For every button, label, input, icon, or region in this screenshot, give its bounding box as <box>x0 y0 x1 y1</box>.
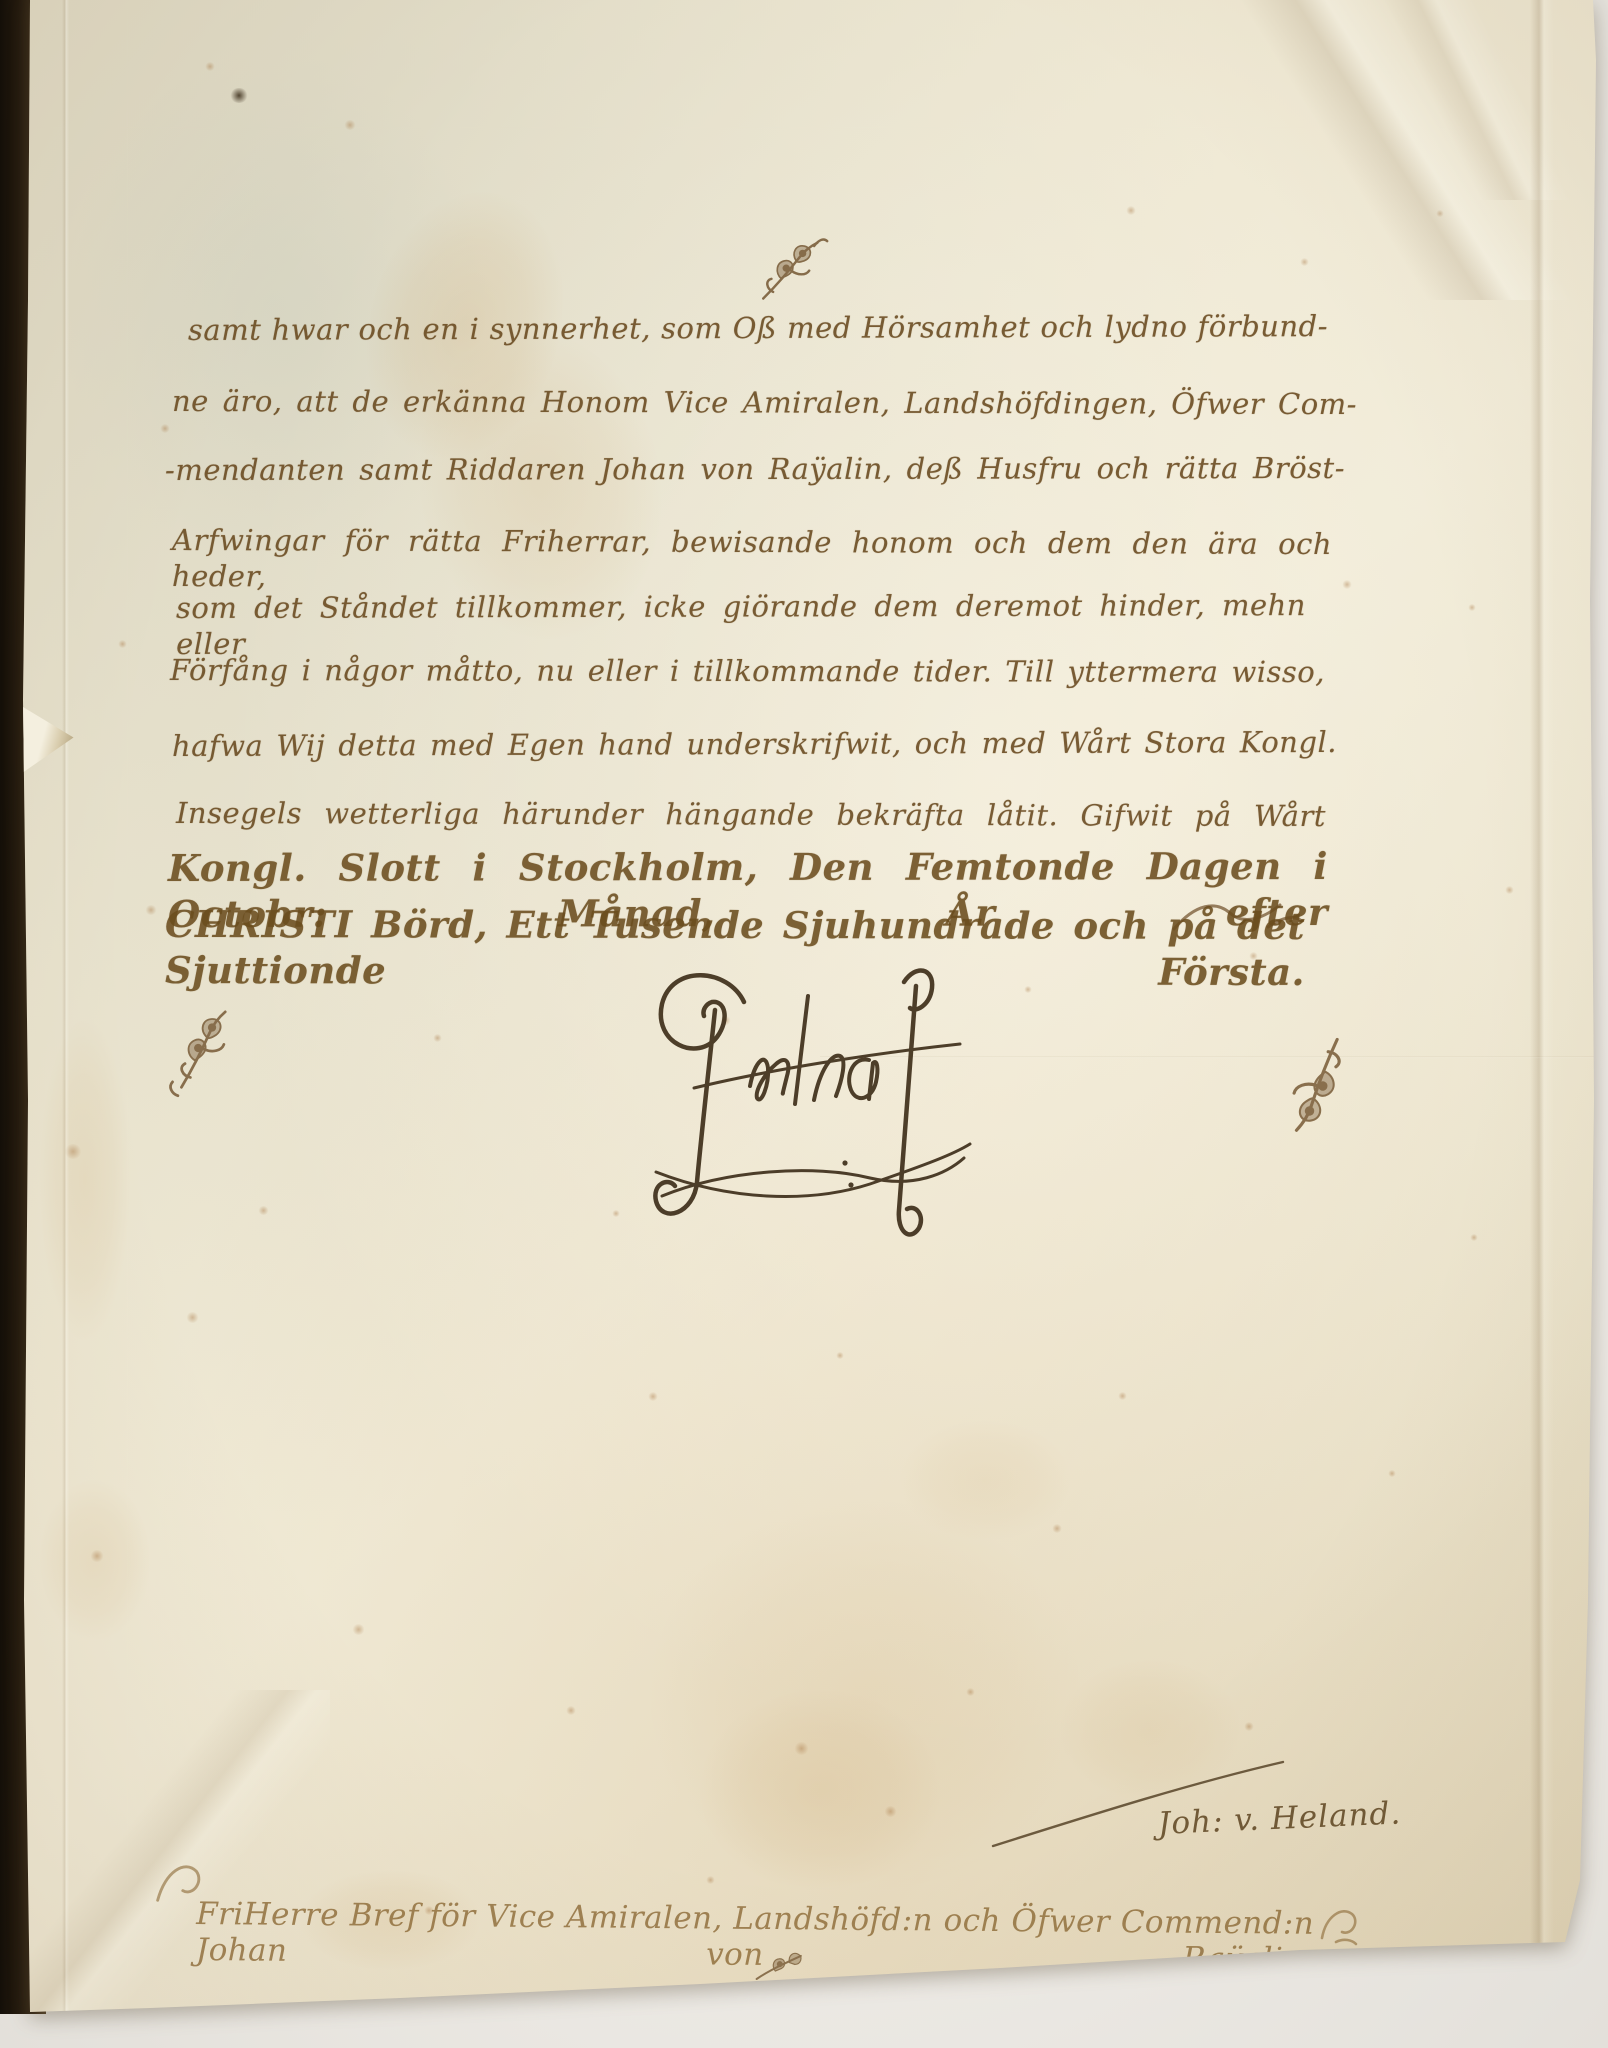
manuscript-line: samt hwar och en i synnerhet, som Oß med… <box>188 308 1328 348</box>
page-edge-shadow <box>1490 0 1590 1950</box>
fox-spot <box>1468 604 1476 611</box>
fox-spot <box>706 1876 715 1884</box>
fox-spot <box>1244 1722 1254 1731</box>
royal-signature-drawing <box>598 958 1018 1258</box>
fox-spot <box>186 1312 199 1323</box>
fox-spot <box>258 1206 269 1215</box>
fox-spot <box>1388 1470 1396 1477</box>
manuscript-line: Förfång i någor måtto, nu eller i tillko… <box>170 652 1325 690</box>
parchment-page: samt hwar och en i synnerhet, som Oß med… <box>0 0 1608 2048</box>
fox-spot <box>1118 1392 1127 1400</box>
fox-spot <box>352 1624 365 1635</box>
fox-spot <box>160 424 170 433</box>
fox-spot <box>836 1352 844 1359</box>
fox-spot <box>1470 1234 1478 1241</box>
pen-flourish-top <box>742 228 837 310</box>
fox-spot <box>566 1706 576 1715</box>
manuscript-line: Insegels wetterliga härunder hängande be… <box>176 795 1326 834</box>
pen-flourish-right <box>1251 1019 1386 1154</box>
water-stain <box>900 1420 1070 1540</box>
fox-spot <box>966 1688 975 1696</box>
manuscript-line: -mendanten samt Riddaren Johan von Raÿal… <box>165 450 1345 488</box>
fox-spot <box>205 62 215 71</box>
manuscript-line: som det Ståndet tillkommer, icke giörand… <box>176 587 1306 662</box>
fox-spot <box>433 1034 442 1042</box>
manuscript-line: ne äro, att de erkänna Honom Vice Amiral… <box>172 383 1357 422</box>
scanned-manuscript: samt hwar och en i synnerhet, som Oß med… <box>0 0 1608 2048</box>
fox-spot <box>1126 206 1136 215</box>
fox-spot <box>90 1550 104 1562</box>
fox-spot <box>145 905 157 915</box>
fox-spot <box>884 1806 897 1817</box>
fox-spot <box>794 1742 809 1755</box>
manuscript-line: hafwa Wij detta med Egen hand underskrif… <box>172 724 1337 764</box>
docket-end-flourish <box>1316 1898 1360 1946</box>
docket-line: FriHerre Bref för Vice Amiralen, Landshö… <box>196 1896 1315 1978</box>
fox-spot <box>648 1392 658 1401</box>
fox-spot <box>1052 1524 1062 1533</box>
water-stain <box>700 1690 940 1890</box>
pen-flourish-left <box>145 988 258 1107</box>
page-wrap: samt hwar och en i synnerhet, som Oß med… <box>0 0 1608 2048</box>
fox-spot <box>1342 580 1352 589</box>
fox-spot <box>118 640 127 648</box>
